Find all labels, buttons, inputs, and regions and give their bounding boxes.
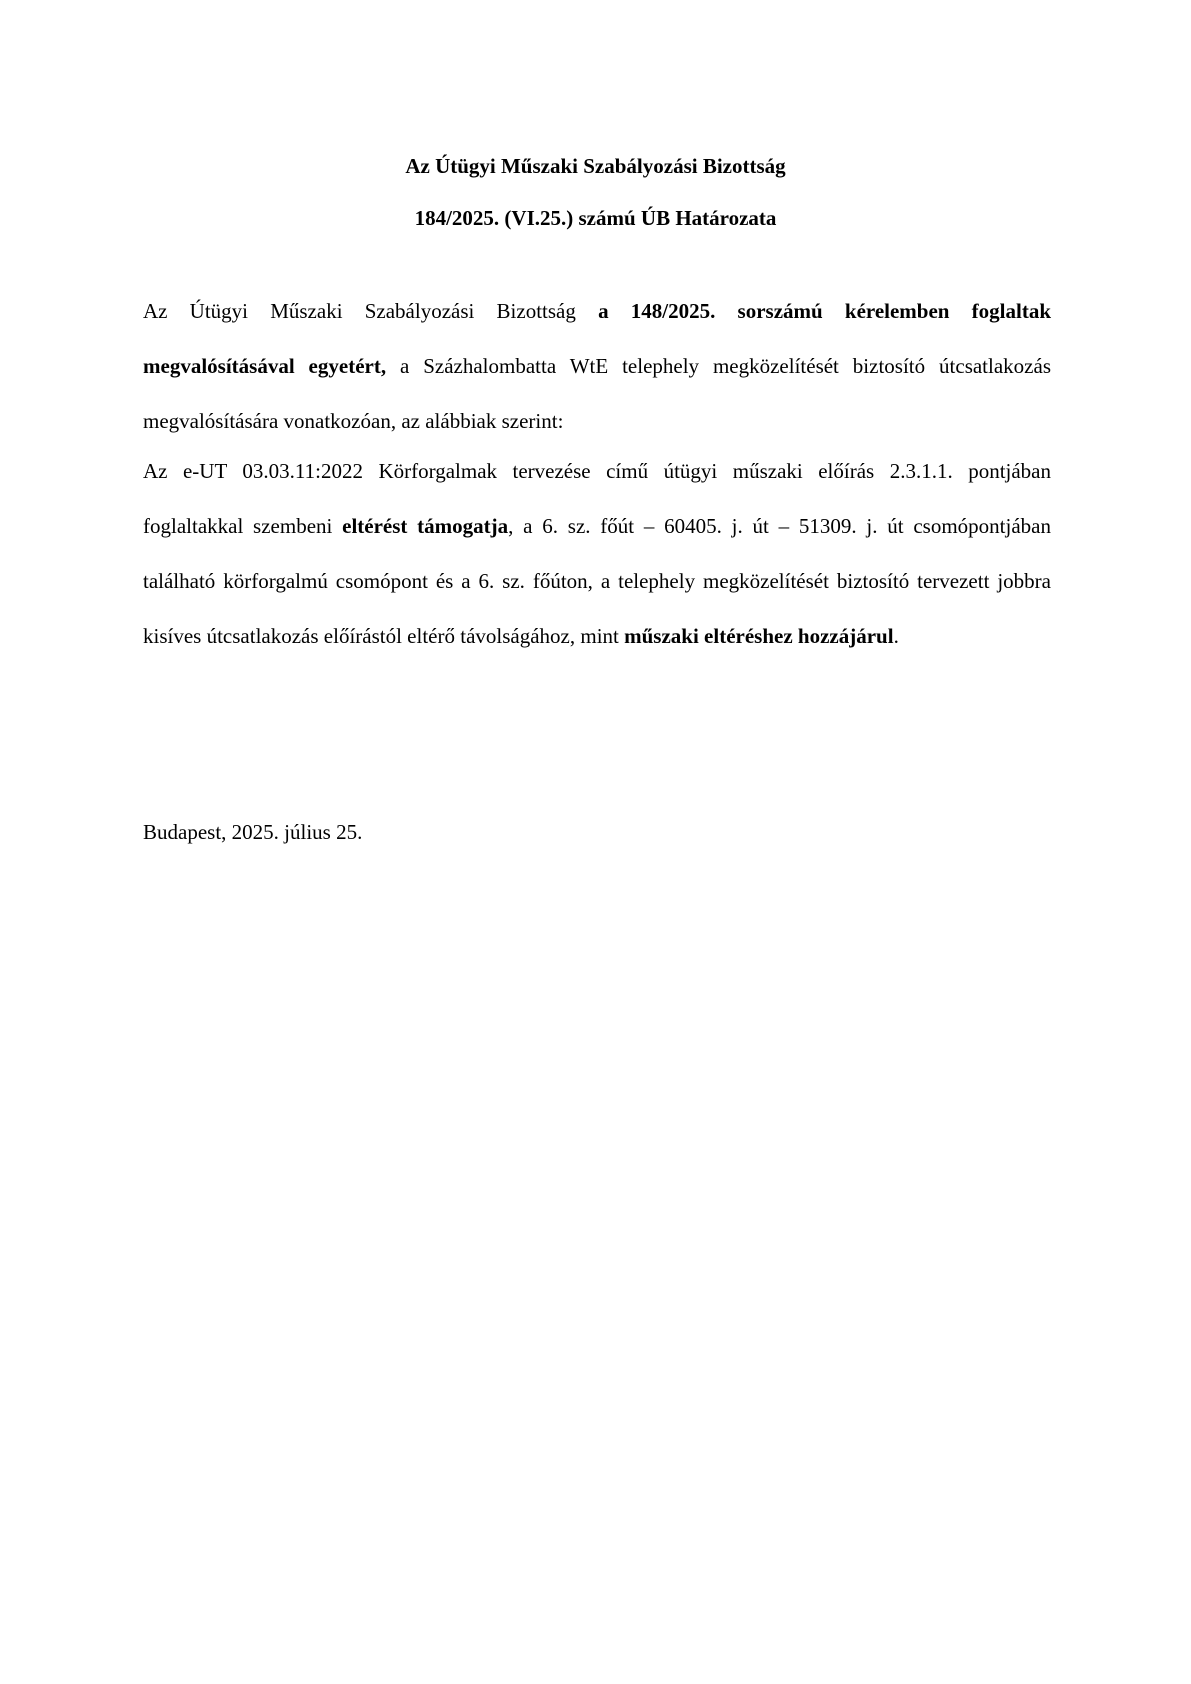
deviation-text-bold-support: eltérést támogatja bbox=[342, 514, 508, 538]
approval-text-intro: Az Útügyi Műszaki Szabályozási Bizottság bbox=[143, 299, 598, 323]
deviation-text-end: . bbox=[894, 624, 899, 648]
document-title: Az Útügyi Műszaki Szabályozási Bizottság… bbox=[0, 140, 1191, 244]
title-committee-name: Az Útügyi Műszaki Szabályozási Bizottság bbox=[0, 140, 1191, 192]
document-page: Az Útügyi Műszaki Szabályozási Bizottság… bbox=[0, 0, 1191, 1684]
place-and-date: Budapest, 2025. július 25. bbox=[143, 805, 362, 860]
paragraph-deviation: Az e-UT 03.03.11:2022 Körforgalmak terve… bbox=[143, 444, 1051, 664]
paragraph-approval: Az Útügyi Műszaki Szabályozási Bizottság… bbox=[143, 284, 1051, 449]
deviation-text-bold-consent: műszaki eltéréshez hozzájárul bbox=[624, 624, 893, 648]
title-resolution-number: 184/2025. (VI.25.) számú ÚB Határozata bbox=[0, 192, 1191, 244]
paragraph-deviation-text: Az e-UT 03.03.11:2022 Körforgalmak terve… bbox=[143, 444, 1051, 664]
paragraph-approval-text: Az Útügyi Műszaki Szabályozási Bizottság… bbox=[143, 284, 1051, 449]
